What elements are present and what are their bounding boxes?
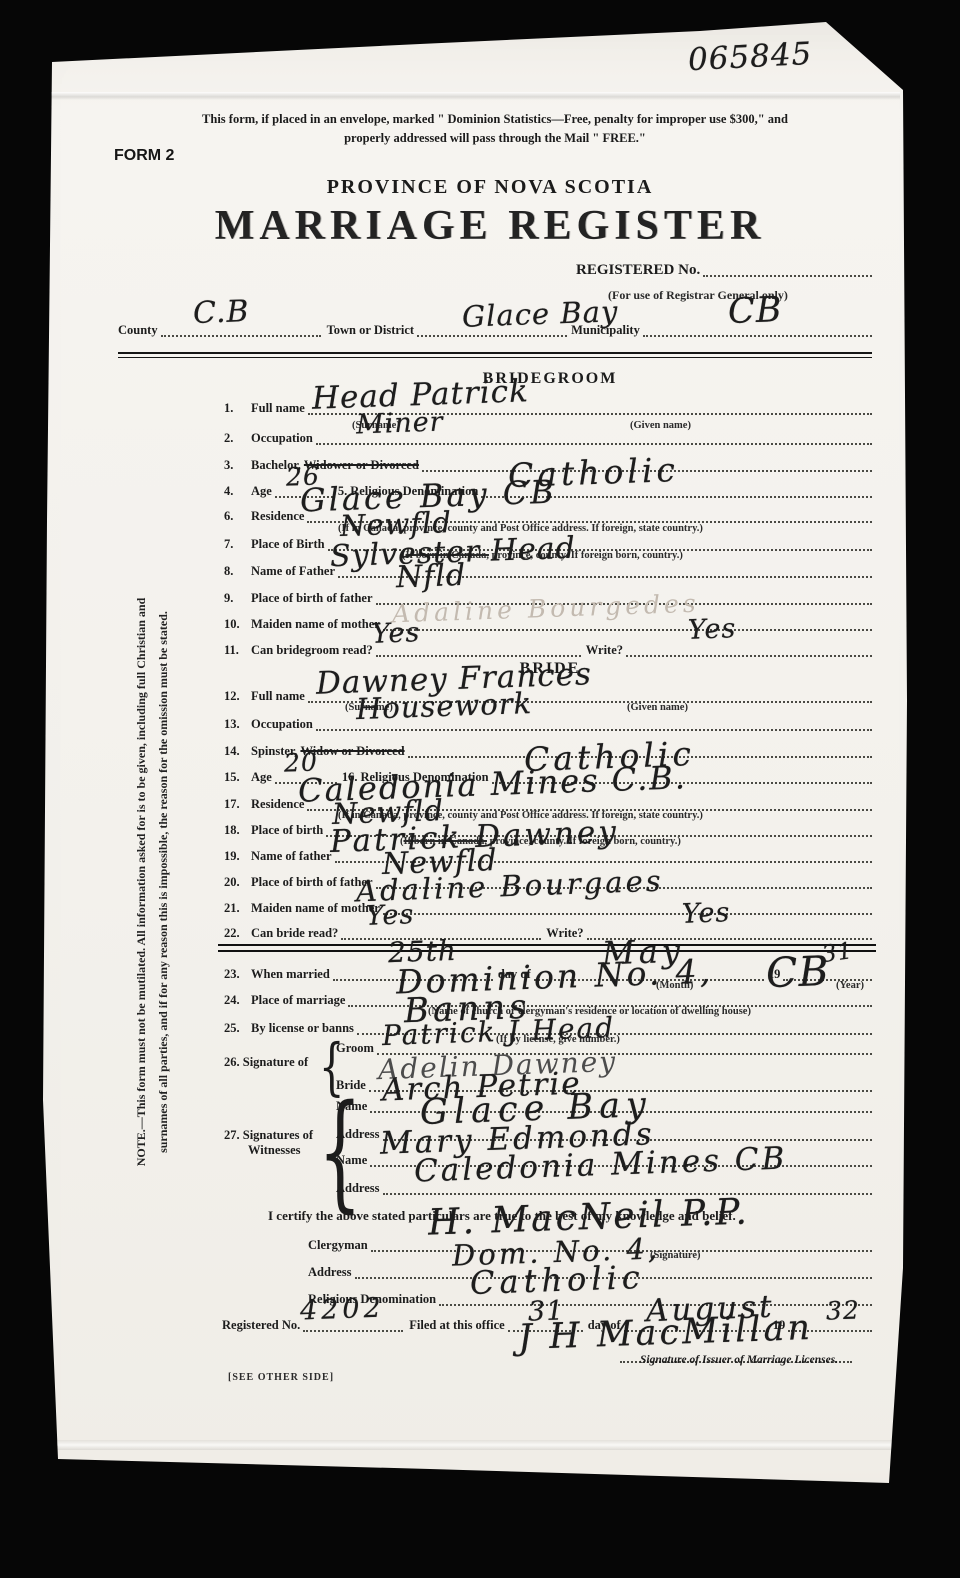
sidebar-note-line2: surnames of all parties, and if for any …: [156, 611, 170, 1153]
mail-notice-line1: This form, if placed in an envelope, mar…: [202, 112, 788, 126]
county-label: County: [118, 323, 161, 337]
groom-father-birth-handwritten: Nfld: [395, 561, 466, 593]
page-title: MARRIAGE REGISTER: [160, 202, 820, 250]
item-number: 1.: [224, 401, 251, 415]
item-number: 26.: [224, 1055, 240, 1069]
clergy-address-label: Address: [308, 1265, 355, 1279]
mail-notice: This form, if placed in an envelope, mar…: [140, 110, 850, 148]
clergy-denomination-handwritten: Catholic: [469, 1261, 645, 1299]
signature-of-label: 26. Signature of: [224, 1055, 308, 1070]
groom-write-handwritten: Yes: [688, 615, 737, 644]
bride-occupation-handwritten: Housework: [356, 689, 533, 724]
groom-read-label: Can bridegroom read?: [251, 643, 376, 657]
witnesses-text1: Signatures of: [243, 1128, 313, 1142]
groom-occupation-row: 2. Occupation: [224, 430, 872, 445]
signature-of-text: Signature of: [243, 1055, 308, 1069]
bride-birthplace-label: Place of birth: [251, 823, 326, 837]
form-label: FORM 2: [114, 147, 174, 165]
groom-father-label: Name of Father: [251, 564, 338, 578]
groom-birthplace-label: Place of Birth: [251, 537, 328, 551]
groom-read-handwritten: Yes: [372, 619, 421, 648]
sidebar-note: NOTE.—This form must not be mutilated. A…: [130, 536, 182, 1228]
item-number: 13.: [224, 717, 251, 731]
groom-fullname-label: Full name: [251, 401, 308, 415]
item-number: 22.: [224, 926, 251, 940]
witnesses-label: 27. Signatures of Witnesses: [224, 1128, 313, 1158]
registered-no-blank: [703, 262, 872, 277]
witness2-address-label: Address: [336, 1181, 383, 1195]
groom-residence-label: Residence: [251, 509, 307, 523]
item-number: 9.: [224, 591, 251, 605]
item-number: 27.: [224, 1128, 240, 1142]
witness2-name-label: Name: [336, 1153, 370, 1167]
groom-occupation-handwritten: Miner: [356, 408, 444, 438]
bride-father-label: Name of father: [251, 849, 335, 863]
groom-age-label: Age: [251, 484, 275, 498]
registered-no-label: REGISTERED No.: [576, 263, 703, 277]
clergyman-label: Clergyman: [308, 1238, 371, 1252]
item-number: 12.: [224, 689, 251, 703]
paper-crease: [50, 1440, 900, 1450]
when-married-label: When married: [251, 967, 333, 981]
town-value-handwritten: Glace Bay: [462, 297, 619, 331]
groom-father-birth-label: Place of birth of father: [251, 591, 376, 605]
item-number: 19.: [224, 849, 251, 863]
registered-no-handwritten: 4202: [300, 1295, 386, 1325]
serial-number-handwritten: 065845: [687, 39, 813, 76]
municipality-mark-handwritten: CB: [765, 951, 830, 994]
item-number: 8.: [224, 564, 251, 578]
bride-occupation-row: 13. Occupation: [224, 716, 872, 731]
item-number: 2.: [224, 431, 251, 445]
bride-read-label: Can bride read?: [251, 926, 341, 940]
filed-year-handwritten: 32: [826, 1297, 861, 1323]
town-label: Town or District: [321, 323, 418, 337]
item-number: 24.: [224, 993, 251, 1007]
bride-occupation-label: Occupation: [251, 717, 316, 731]
bride-write-label: Write?: [541, 926, 586, 940]
item-number: 15.: [224, 770, 251, 784]
groom-write-blank: [626, 642, 872, 657]
groom-write-label: Write?: [581, 643, 626, 657]
item-number: 11.: [224, 643, 251, 657]
place-of-marriage-label: Place of marriage: [251, 993, 348, 1007]
issuer-signature-handwritten: J H MacMillan: [517, 1311, 813, 1356]
groom-occupation-label: Occupation: [251, 431, 316, 445]
item-number: 17.: [224, 797, 251, 811]
paper-crease: [50, 92, 900, 100]
item-number: 25.: [224, 1021, 251, 1035]
mail-notice-line2: properly addressed will pass through the…: [344, 131, 646, 145]
groom-signature-handwritten: Patrick J Head: [382, 1014, 616, 1050]
givenname-sublabel: (Given name): [627, 702, 688, 713]
item-number: 3.: [224, 458, 251, 472]
groom-signature-label: Groom: [336, 1041, 377, 1055]
registered-label: Registered No.: [222, 1318, 303, 1332]
section-divider: [118, 352, 872, 358]
province-heading: PROVINCE OF NOVA SCOTIA: [190, 176, 790, 199]
bride-literacy-row: 22. Can bride read? Write?: [224, 925, 872, 940]
item-number: 10.: [224, 617, 251, 631]
groom-status-struck-options: Widower or Divorced: [304, 458, 422, 472]
witness1-name-label: Name: [336, 1099, 370, 1113]
item-number: 18.: [224, 823, 251, 837]
witness1-address-label: Address: [336, 1127, 383, 1141]
groom-literacy-row: 11. Can bridegroom read? Write?: [224, 642, 872, 657]
year-sublabel: (Year): [836, 980, 864, 991]
witnesses-text2: Witnesses: [224, 1143, 301, 1157]
item-number: 20.: [224, 875, 251, 889]
filed-label: Filed at this office: [403, 1318, 507, 1332]
bride-age-label: Age: [251, 770, 275, 784]
item-number: 23.: [224, 967, 251, 981]
item-number: 6.: [224, 509, 251, 523]
item-number: 14.: [224, 744, 251, 758]
scanned-marriage-register: 065845 This form, if placed in an envelo…: [0, 0, 960, 1578]
bride-mother-row: 21. Maiden name of mother: [224, 900, 872, 915]
item-number: 4.: [224, 484, 251, 498]
county-value-handwritten: C.B: [192, 297, 249, 329]
paper-sheet: 065845 This form, if placed in an envelo…: [0, 0, 960, 1578]
issuer-label: Signature of Issuer of Marriage Licenses…: [640, 1354, 838, 1366]
municipality-value-handwritten: CB: [727, 293, 783, 330]
registered-no-row: REGISTERED No.: [576, 262, 872, 277]
groom-mother-label: Maiden name of mother: [251, 617, 383, 631]
bride-read-handwritten: Yes: [366, 901, 415, 930]
item-number: 21.: [224, 901, 251, 915]
bride-write-handwritten: Yes: [682, 899, 731, 928]
item-number: 7.: [224, 537, 251, 551]
bride-fullname-label: Full name: [251, 689, 308, 703]
see-other-side-label: [SEE OTHER SIDE]: [228, 1372, 334, 1383]
sidebar-note-line1: NOTE.—This form must not be mutilated. A…: [134, 598, 148, 1167]
